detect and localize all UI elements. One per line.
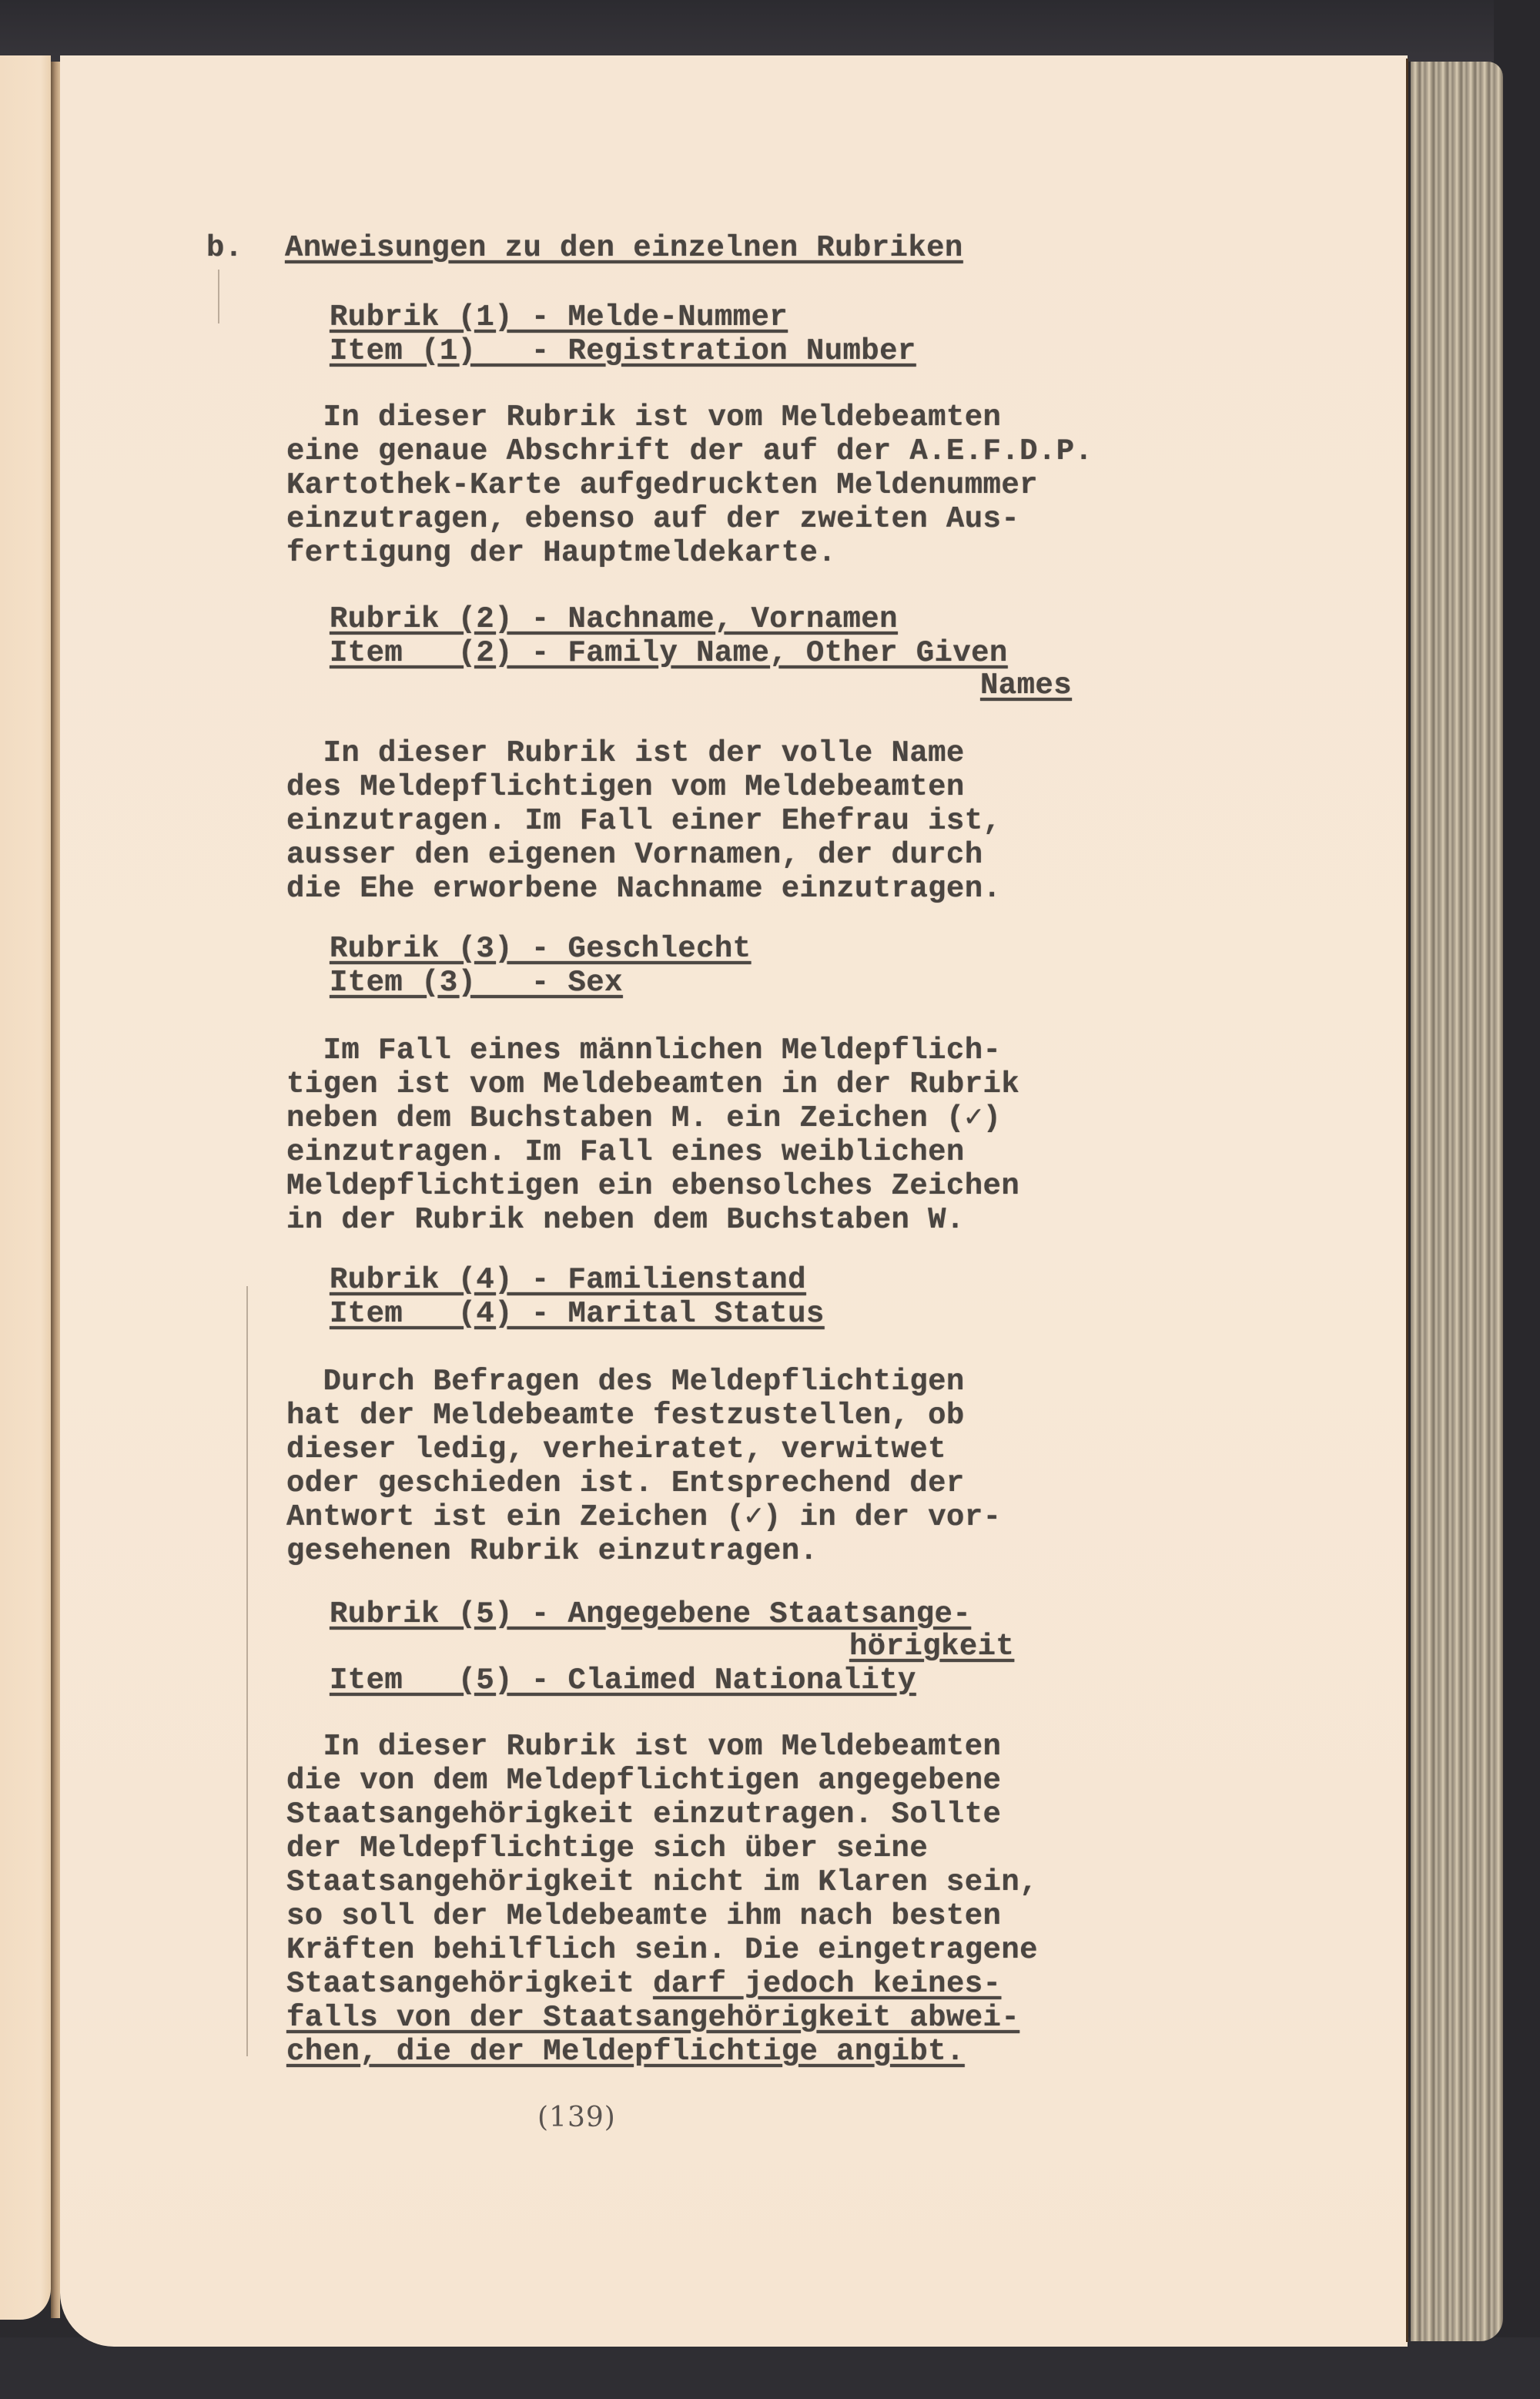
body-line: Meldepflichtigen ein ebensolches Zeichen	[286, 1169, 1019, 1203]
body-line: hat der Meldebeamte festzustellen, ob	[286, 1399, 965, 1432]
item-5-heading-de-cont: hörigkeit	[849, 1630, 1014, 1664]
section-label: b.	[206, 231, 243, 265]
body-line: ausser den eigenen Vornamen, der durch	[286, 838, 983, 872]
page-stack-edge	[1411, 62, 1503, 2341]
body-line: Im Fall eines männlichen Meldepflich-	[286, 1034, 1001, 1067]
body-line: In dieser Rubrik ist der volle Name	[286, 736, 965, 770]
body-line: In dieser Rubrik ist vom Meldebeamten	[286, 1730, 1001, 1764]
body-line: einzutragen, ebenso auf der zweiten Aus-	[286, 502, 1019, 536]
item-2-heading-en: Item (2) - Family Name, Other Given	[330, 636, 1008, 670]
item-1-heading-en: Item (1) - Registration Number	[330, 334, 916, 368]
body-line: einzutragen. Im Fall einer Ehefrau ist,	[286, 804, 1001, 838]
body-line: Durch Befragen des Meldepflichtigen	[286, 1365, 965, 1399]
body-line: die von dem Meldepflichtigen angegebene	[286, 1764, 1001, 1798]
scan-background-bottom	[0, 2337, 1540, 2399]
body-line: Kartothek-Karte aufgedruckten Meldenumme…	[286, 468, 1038, 502]
body-line: neben dem Buchstaben M. ein Zeichen (✓)	[286, 1101, 1001, 1135]
item-4-heading-en: Item (4) - Marital Status	[330, 1297, 825, 1331]
body-line: des Meldepflichtigen vom Meldebeamten	[286, 770, 965, 804]
scan-background-top	[0, 0, 1540, 62]
body-line: Antwort ist ein Zeichen (✓) in der vor-	[286, 1500, 1001, 1534]
body-line: der Meldepflichtige sich über seine	[286, 1831, 928, 1865]
margin-pencil-mark	[218, 270, 219, 323]
item-5-heading-de: Rubrik (5) - Angegebene Staatsange-	[330, 1597, 971, 1631]
body-line: dieser ledig, verheiratet, verwitwet	[286, 1432, 946, 1466]
page-number: (139)	[537, 2102, 616, 2133]
facing-page-edge	[0, 55, 51, 2320]
body-line: Staatsangehörigkeit nicht im Klaren sein…	[286, 1865, 1038, 1899]
body-line: fertigung der Hauptmeldekarte.	[286, 536, 836, 570]
emphasis-underlined-line: falls von der Staatsangehörigkeit abwei-	[286, 2001, 1019, 2035]
body-plain-span: Staatsangehörigkeit	[286, 1967, 653, 2001]
body-line: die Ehe erworbene Nachname einzutragen.	[286, 872, 1001, 906]
body-line: tigen ist vom Meldebeamten in der Rubrik	[286, 1067, 1019, 1101]
body-line: eine genaue Abschrift der auf der A.E.F.…	[286, 434, 1093, 468]
section-title: Anweisungen zu den einzelnen Rubriken	[285, 231, 963, 265]
page-edge-line	[1406, 59, 1408, 2342]
item-2-heading-en-cont: Names	[980, 668, 1072, 702]
body-line: einzutragen. Im Fall eines weiblichen	[286, 1135, 965, 1169]
body-line-mixed: Staatsangehörigkeit darf jedoch keines-	[286, 1967, 1001, 2001]
item-1-heading-de: Rubrik (1) - Melde-Nummer	[330, 300, 788, 334]
item-2-heading-de: Rubrik (2) - Nachname, Vornamen	[330, 602, 898, 636]
body-line: Staatsangehörigkeit einzutragen. Sollte	[286, 1798, 1001, 1831]
body-line: so soll der Meldebeamte ihm nach besten	[286, 1899, 1001, 1933]
emphasis-underlined-span: darf jedoch keines-	[653, 1967, 1001, 2001]
body-line: In dieser Rubrik ist vom Meldebeamten	[286, 400, 1001, 434]
emphasis-underlined-line: chen, die der Meldepflichtige angibt.	[286, 2035, 965, 2069]
body-line: oder geschieden ist. Entsprechend der	[286, 1466, 965, 1500]
item-4-heading-de: Rubrik (4) - Familienstand	[330, 1263, 806, 1297]
item-3-heading-en: Item (3) - Sex	[330, 966, 623, 1000]
body-line: in der Rubrik neben dem Buchstaben W.	[286, 1203, 965, 1237]
item-3-heading-de: Rubrik (3) - Geschlecht	[330, 932, 752, 966]
margin-pencil-line	[246, 1286, 248, 2056]
book-gutter	[51, 62, 60, 2318]
body-line: gesehenen Rubrik einzutragen.	[286, 1534, 818, 1568]
body-line: Kräften behilflich sein. Die eingetragen…	[286, 1933, 1038, 1967]
item-5-heading-en: Item (5) - Claimed Nationality	[330, 1664, 916, 1697]
